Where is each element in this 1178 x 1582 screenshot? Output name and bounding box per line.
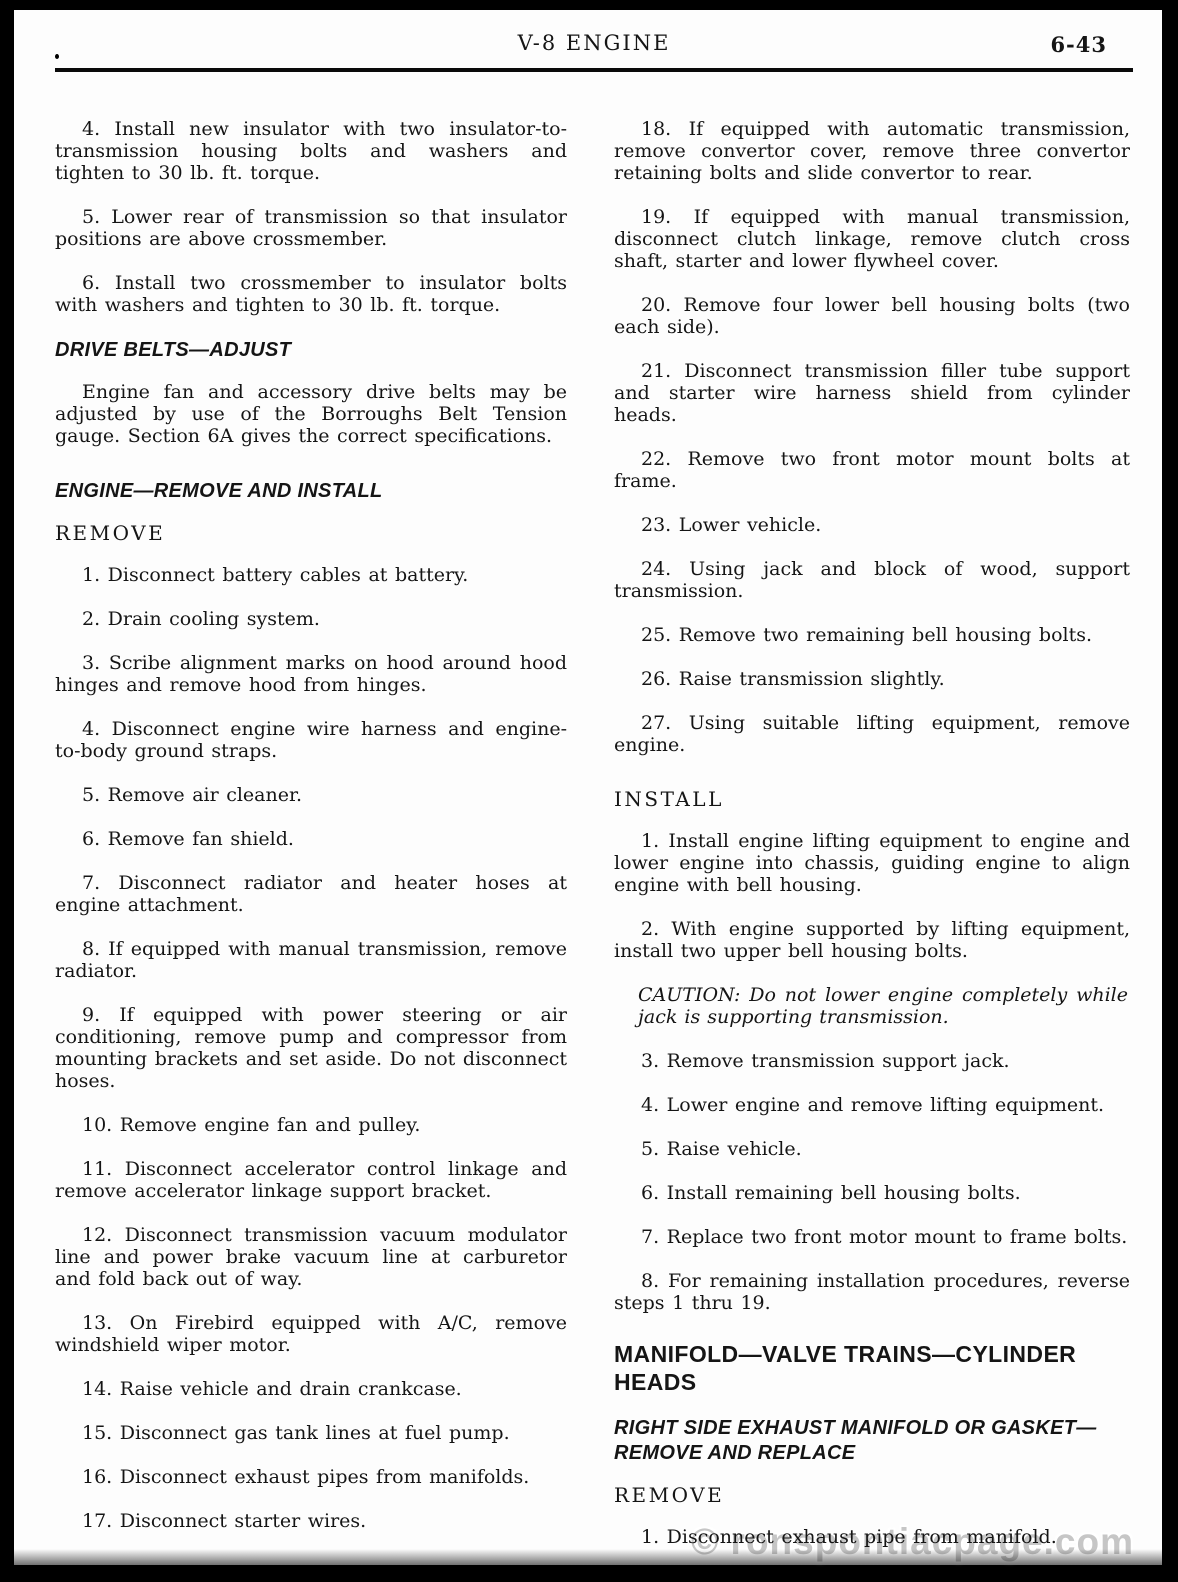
- page-number: 6-43: [1050, 34, 1107, 56]
- manual-page: V-8 ENGINE 6-43 4. Install new insulator…: [14, 10, 1162, 1565]
- procedure-step: 3. Scribe alignment marks on hood around…: [55, 652, 567, 696]
- body-paragraph: Engine fan and accessory drive belts may…: [55, 381, 567, 447]
- subsection-label: REMOVE: [55, 522, 567, 544]
- procedure-step: 7. Replace two front motor mount to fram…: [614, 1226, 1130, 1248]
- procedure-step: 12. Disconnect transmission vacuum modul…: [55, 1224, 567, 1290]
- subsection-label: INSTALL: [614, 788, 1130, 810]
- procedure-step: 6. Install remaining bell housing bolts.: [614, 1182, 1130, 1204]
- procedure-step: 11. Disconnect accelerator control linka…: [55, 1158, 567, 1202]
- procedure-step: 22. Remove two front motor mount bolts a…: [614, 448, 1130, 492]
- procedure-step: 2. With engine supported by lifting equi…: [614, 918, 1130, 962]
- procedure-step: 1. Install engine lifting equipment to e…: [614, 830, 1130, 896]
- procedure-step: 7. Disconnect radiator and heater hoses …: [55, 872, 567, 916]
- procedure-step: 5. Lower rear of transmission so that in…: [55, 206, 567, 250]
- procedure-step: 25. Remove two remaining bell housing bo…: [614, 624, 1130, 646]
- caution-note: CAUTION: Do not lower engine completely …: [638, 984, 1128, 1028]
- procedure-step: 14. Raise vehicle and drain crankcase.: [55, 1378, 567, 1400]
- procedure-step: 21. Disconnect transmission filler tube …: [614, 360, 1130, 426]
- procedure-step: 4. Install new insulator with two insula…: [55, 118, 567, 184]
- procedure-step: 2. Drain cooling system.: [55, 608, 567, 630]
- procedure-step: 1. Disconnect battery cables at battery.: [55, 564, 567, 586]
- text-columns: 4. Install new insulator with two insula…: [55, 118, 1130, 1570]
- subsection-label: REMOVE: [614, 1484, 1130, 1506]
- procedure-step: 23. Lower vehicle.: [614, 514, 1130, 536]
- procedure-step: 8. If equipped with manual transmission,…: [55, 938, 567, 982]
- procedure-step: 6. Remove fan shield.: [55, 828, 567, 850]
- procedure-step: 13. On Firebird equipped with A/C, remov…: [55, 1312, 567, 1356]
- procedure-step: 3. Remove transmission support jack.: [614, 1050, 1130, 1072]
- procedure-step: 1. Disconnect exhaust pipe from manifold…: [614, 1526, 1130, 1548]
- column-left: 4. Install new insulator with two insula…: [55, 118, 567, 1570]
- column-right: 18. If equipped with automatic transmiss…: [614, 118, 1130, 1570]
- header-divider-rule: [55, 68, 1133, 72]
- procedure-step: 20. Remove four lower bell housing bolts…: [614, 294, 1130, 338]
- procedure-step: 9. If equipped with power steering or ai…: [55, 1004, 567, 1092]
- procedure-step: 5. Remove air cleaner.: [55, 784, 567, 806]
- page-title: V-8 ENGINE: [55, 32, 1133, 54]
- scan-speck: [55, 54, 59, 59]
- section-heading: RIGHT SIDE EXHAUST MANIFOLD OR GASKET—RE…: [614, 1416, 1130, 1466]
- procedure-step: 17. Disconnect starter wires.: [55, 1510, 567, 1532]
- procedure-step: 4. Disconnect engine wire harness and en…: [55, 718, 567, 762]
- procedure-step: 6. Install two crossmember to insulator …: [55, 272, 567, 316]
- section-heading: ENGINE—REMOVE AND INSTALL: [55, 479, 567, 504]
- procedure-step: 8. For remaining installation procedures…: [614, 1270, 1130, 1314]
- scanned-page-frame: V-8 ENGINE 6-43 4. Install new insulator…: [0, 0, 1178, 1582]
- procedure-step: 10. Remove engine fan and pulley.: [55, 1114, 567, 1136]
- procedure-step: 5. Raise vehicle.: [614, 1138, 1130, 1160]
- procedure-step: 26. Raise transmission slightly.: [614, 668, 1130, 690]
- procedure-step: 18. If equipped with automatic transmiss…: [614, 118, 1130, 184]
- page-header: V-8 ENGINE 6-43: [55, 32, 1133, 68]
- section-heading: DRIVE BELTS—ADJUST: [55, 338, 567, 363]
- procedure-step: 24. Using jack and block of wood, suppor…: [614, 558, 1130, 602]
- major-heading: MANIFOLD—VALVE TRAINS—CYLINDER HEADS: [614, 1340, 1130, 1396]
- procedure-step: 4. Lower engine and remove lifting equip…: [614, 1094, 1130, 1116]
- procedure-step: 15. Disconnect gas tank lines at fuel pu…: [55, 1422, 567, 1444]
- procedure-step: 16. Disconnect exhaust pipes from manifo…: [55, 1466, 567, 1488]
- procedure-step: 19. If equipped with manual transmission…: [614, 206, 1130, 272]
- procedure-step: 27. Using suitable lifting equipment, re…: [614, 712, 1130, 756]
